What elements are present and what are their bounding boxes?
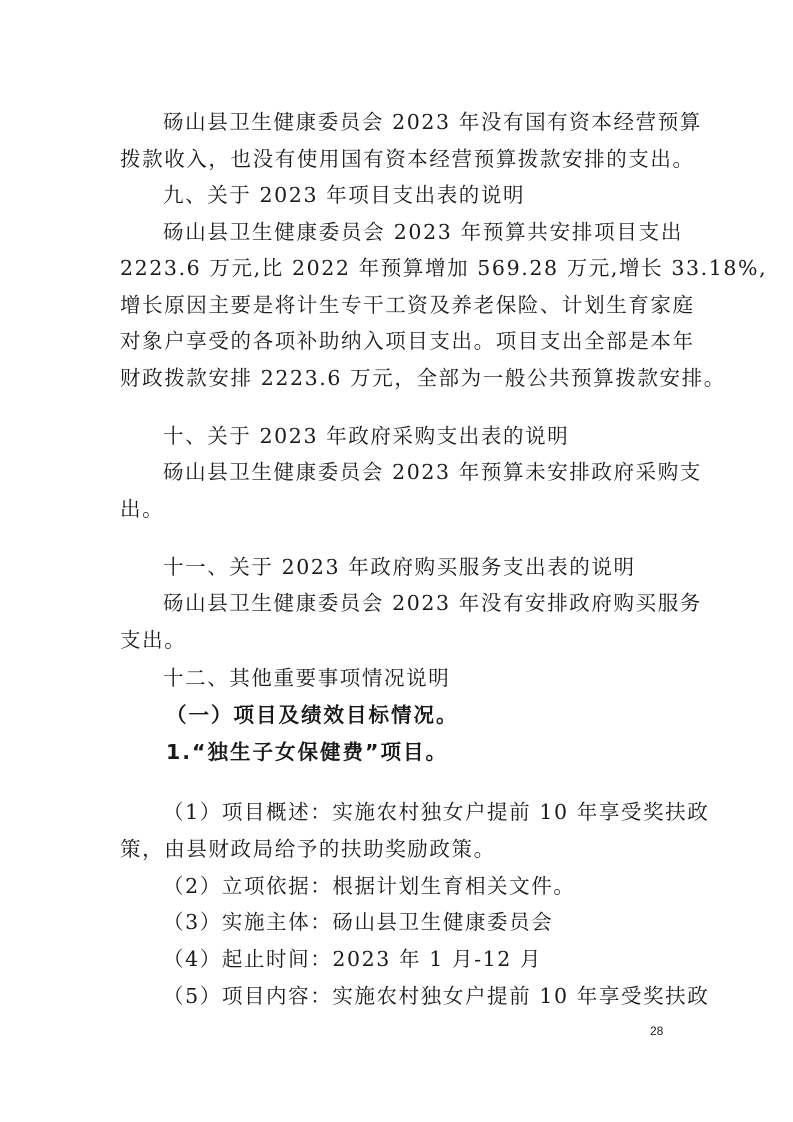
paragraph-line: （3）实施主体：砀山县卫生健康委员会	[163, 908, 683, 936]
paragraph-line: 对象户享受的各项补助纳入项目支出。项目支出全部是本年	[120, 327, 680, 355]
paragraph-line: 策，由县财政局给予的扶助奖励政策。	[120, 835, 680, 863]
paragraph-line: 出。	[120, 495, 680, 523]
paragraph-line: 砀山县卫生健康委员会 2023 年没有国有资本经营预算	[163, 108, 683, 136]
page-number: 28	[650, 1024, 663, 1038]
paragraph-line: 2223.6 万元,比 2022 年预算增加 569.28 万元,增长 33.1…	[120, 254, 680, 282]
document-page: 砀山县卫生健康委员会 2023 年没有国有资本经营预算拨款收入，也没有使用国有资…	[0, 0, 793, 1122]
paragraph-line: 十二、其他重要事项情况说明	[163, 664, 683, 692]
paragraph-line: 砀山县卫生健康委员会 2023 年预算未安排政府采购支	[163, 458, 683, 486]
section-heading: 1.“独生子女保健费”项目。	[166, 738, 726, 766]
paragraph-line: 财政拨款安排 2223.6 万元，全部为一般公共预算拨款安排。	[120, 364, 680, 392]
paragraph-line: 砀山县卫生健康委员会 2023 年没有安排政府购买服务	[163, 589, 683, 617]
paragraph-line: （2）立项依据：根据计划生育相关文件。	[163, 872, 683, 900]
paragraph-line: （5）项目内容：实施农村独女户提前 10 年享受奖扶政	[163, 982, 683, 1010]
paragraph-line: 十、关于 2023 年政府采购支出表的说明	[163, 422, 683, 450]
paragraph-line: 拨款收入，也没有使用国有资本经营预算拨款安排的支出。	[120, 145, 680, 173]
paragraph-line: （1）项目概述：实施农村独女户提前 10 年享受奖扶政	[163, 798, 683, 826]
paragraph-line: 十一、关于 2023 年政府购买服务支出表的说明	[163, 553, 683, 581]
paragraph-line: （4）起止时间：2023 年 1 月-12 月	[163, 945, 683, 973]
paragraph-line: 支出。	[120, 626, 680, 654]
section-heading: （一）项目及绩效目标情况。	[166, 701, 726, 729]
paragraph-line: 九、关于 2023 年项目支出表的说明	[163, 181, 683, 209]
paragraph-line: 砀山县卫生健康委员会 2023 年预算共安排项目支出	[163, 218, 683, 246]
paragraph-line: 增长原因主要是将计生专干工资及养老保险、计划生育家庭	[120, 291, 680, 319]
